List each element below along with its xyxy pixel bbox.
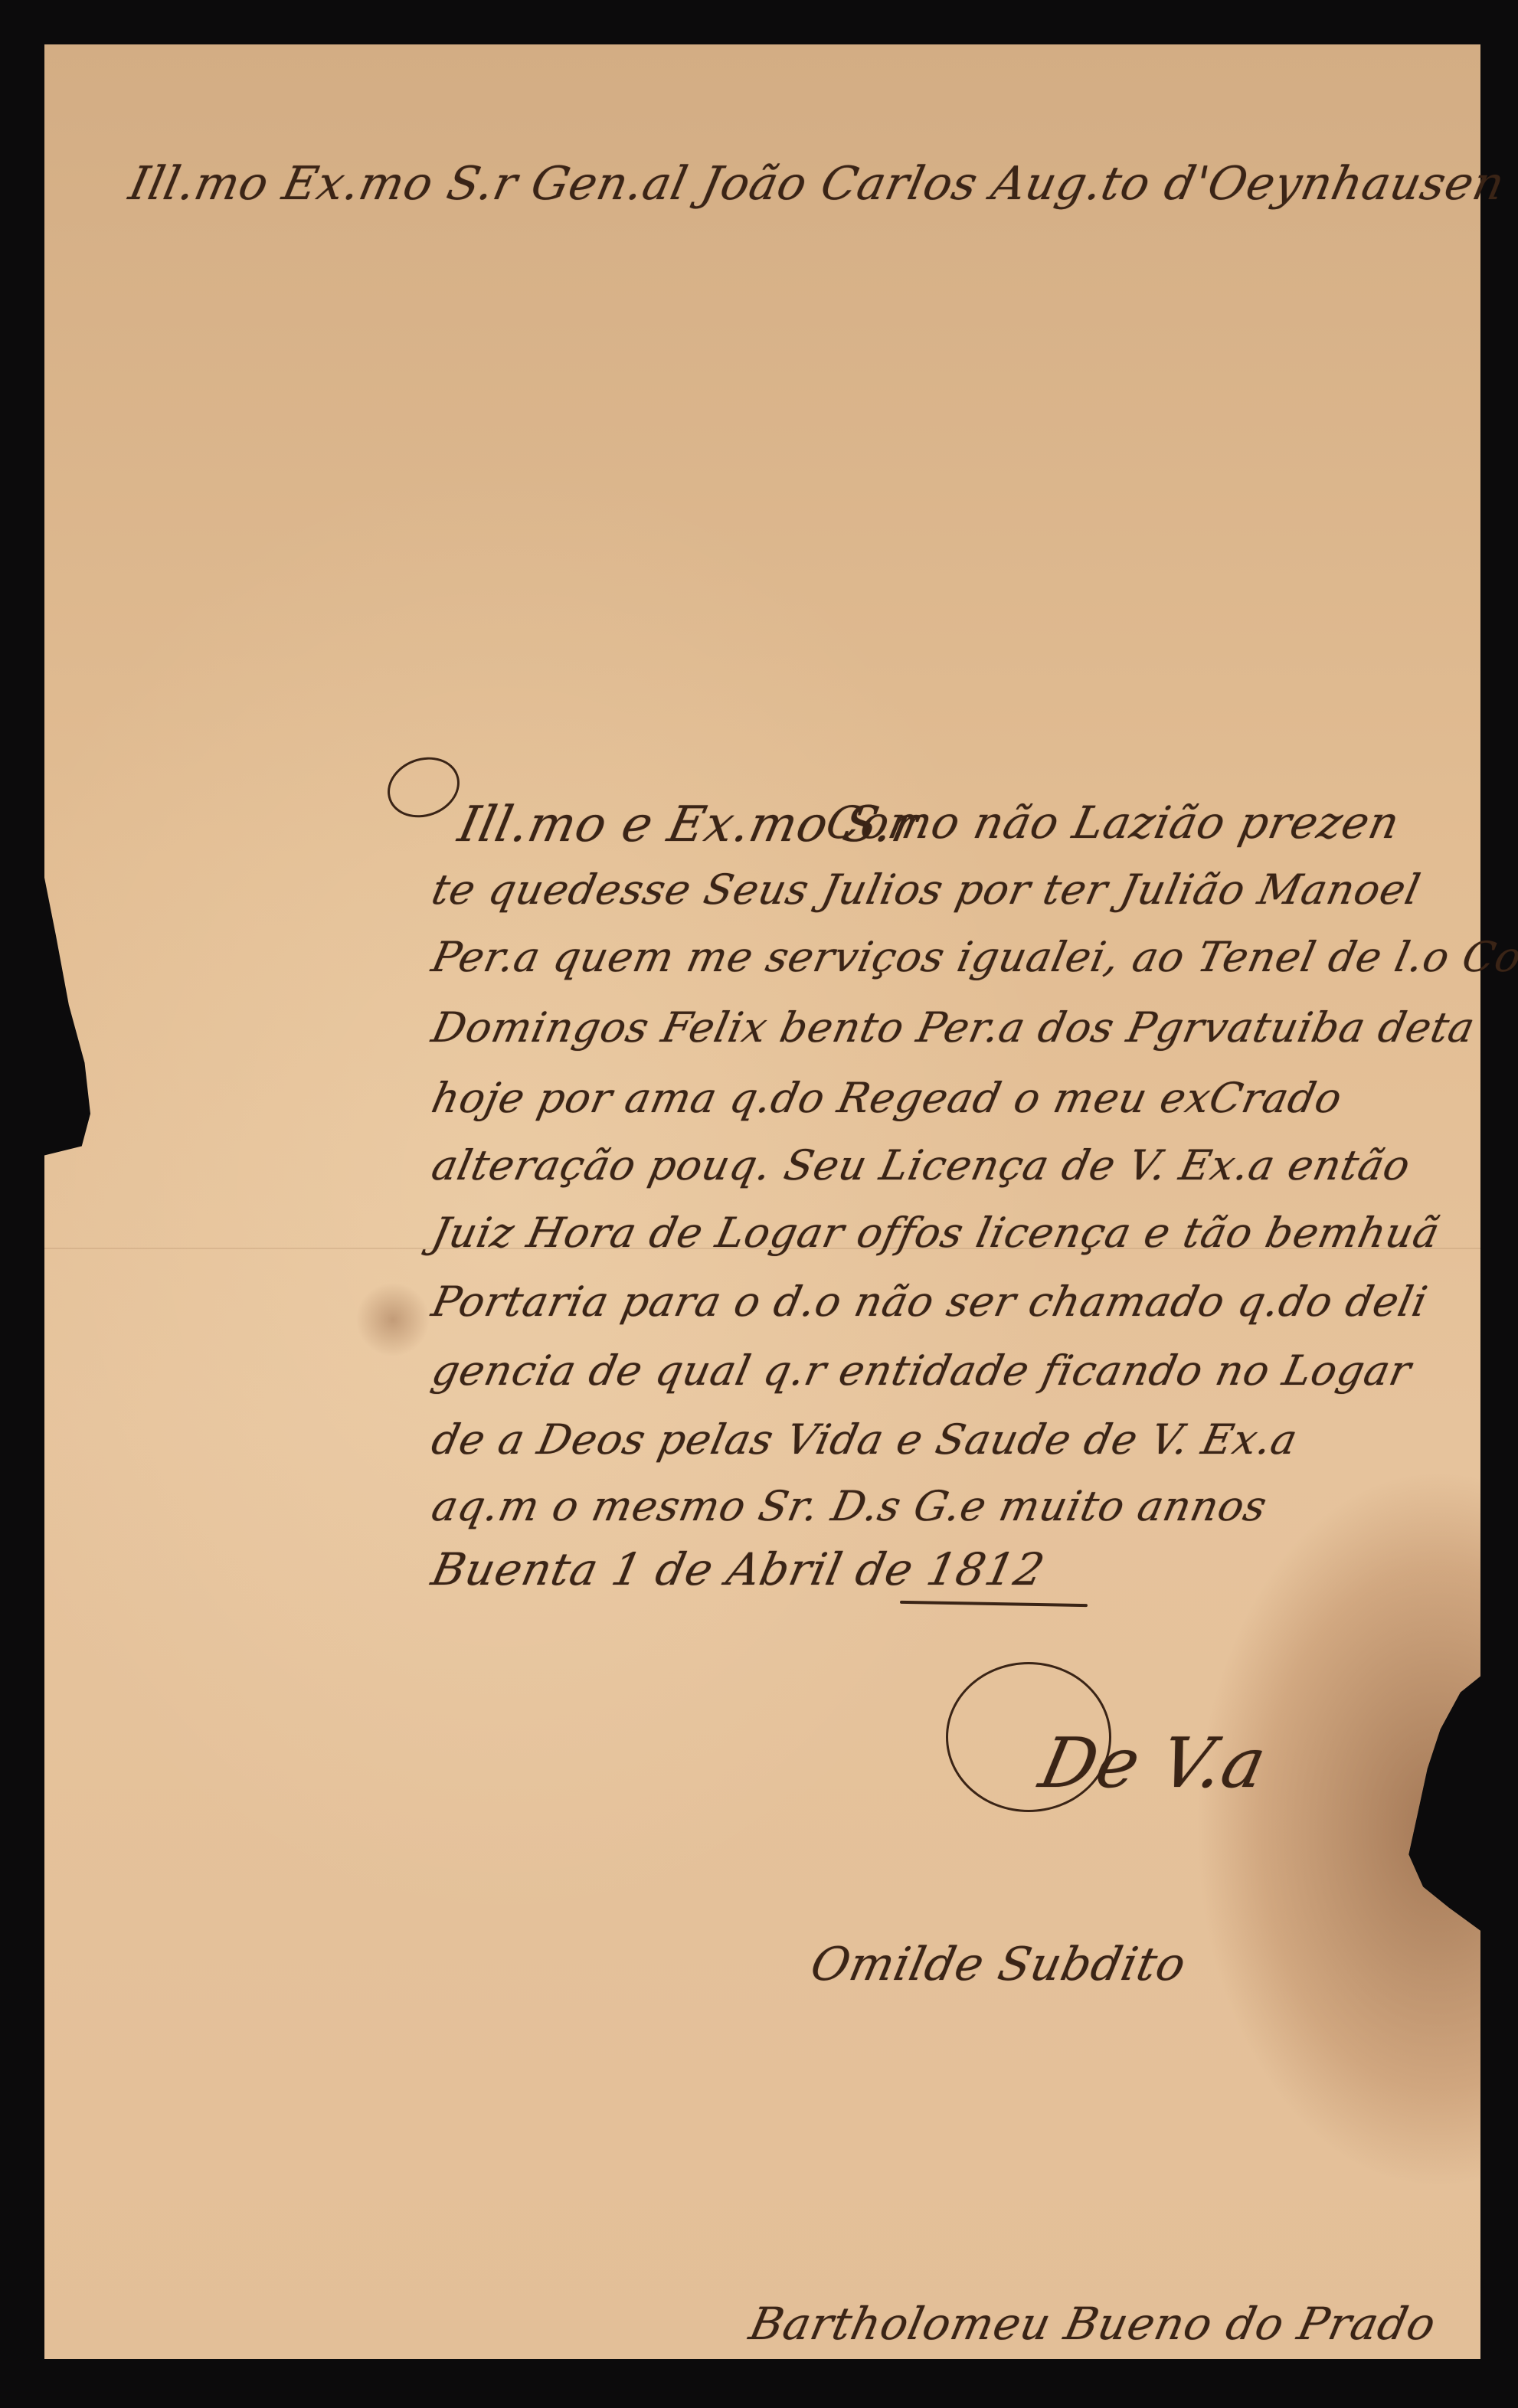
body-line: alteração pouq. Seu Licença de V. Ex.a e…: [427, 1141, 1415, 1189]
body-line: Per.a quem me serviços igualei, ao Tenel…: [427, 933, 1518, 981]
body-line: Portaria para o d.o não ser chamado q.do…: [427, 1278, 1431, 1326]
address-line: Ill.mo Ex.mo S.r Gen.al João Carlos Aug.…: [125, 157, 1510, 211]
body-line: hoje por ama q.do Regead o meu exCrado: [427, 1074, 1346, 1122]
body-line: Domingos Felix bento Per.a dos Pgrvatuib…: [427, 1003, 1479, 1052]
subscription: Omilde Subdito: [806, 1938, 1191, 1991]
manuscript-page: [44, 44, 1480, 2359]
body-line: te quedesse Seus Julios por ter Julião M…: [427, 865, 1425, 914]
body-line: aq.m o mesmo Sr. D.s G.e muito annos: [427, 1482, 1271, 1530]
body-line: gencia de qual q.r entidade ficando no L…: [427, 1346, 1415, 1395]
closing: De V.a: [1033, 1723, 1274, 1804]
salutation-continuation: Como não Lazião prezen: [822, 797, 1405, 849]
body-line: Juiz Hora de Logar offos licença e tão b…: [427, 1209, 1444, 1257]
body-line: de a Deos pelas Vida e Saude de V. Ex.a: [427, 1415, 1302, 1464]
date-line: Buenta 1 de Abril de 1812: [427, 1543, 1049, 1595]
signature: Bartholomeu Bueno do Prado: [745, 2298, 1441, 2350]
